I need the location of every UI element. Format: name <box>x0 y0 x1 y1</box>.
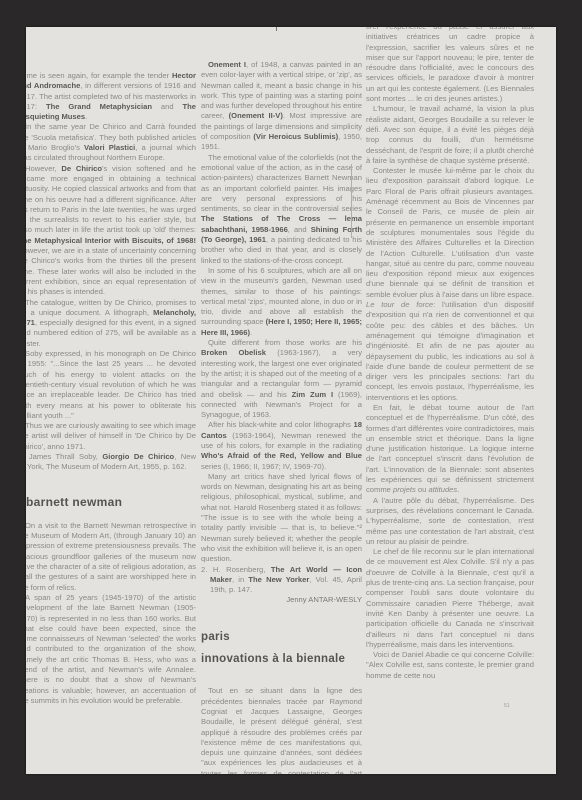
paragraph: Quite different from those works are his… <box>201 338 362 420</box>
column-left: heme is seen again, for example the tend… <box>26 71 196 706</box>
paragraph: heme is seen again, for example the tend… <box>26 71 196 122</box>
paragraph: Thus we are curiously awaiting to see wh… <box>26 421 196 452</box>
section-heading-paris: paris <box>201 632 362 642</box>
paragraph: However, De Chirico's vision softened an… <box>26 164 196 298</box>
paragraph: Onement I, of 1948, a canvas painted in … <box>201 60 362 153</box>
column-left-clip: heme is seen again, for example the tend… <box>26 71 196 771</box>
paragraph: In some of his 6 sculptures, which are a… <box>201 266 362 338</box>
paris-article-start: Tout en se situant dans la ligne des pré… <box>201 686 362 774</box>
newman-article-start: On a visit to the Barnett Newman retrosp… <box>26 521 196 706</box>
paris-heading-block: paris innovations à la biennale <box>201 632 362 665</box>
paragraph: Le chef de file reconnu sur le plan inte… <box>366 547 534 650</box>
footnote-2: 2. H. Rosenberg, The Art World — Icon Ma… <box>201 565 362 596</box>
margin-bracket-mark <box>346 164 352 238</box>
author-signature: Jenny ANTAR-WESLY <box>201 595 362 605</box>
paragraph: A l'autre pôle du débat, l'hyperréalisme… <box>366 496 534 547</box>
paragraph: After his black-white and color lithogra… <box>201 420 362 471</box>
column-right: tirer l'expérience du passé et assurer a… <box>366 27 534 681</box>
paragraph: L'humour, le travail acharné, la vision … <box>366 104 534 166</box>
paragraph: A span of 25 years (1945-1970) of the ar… <box>26 593 196 706</box>
paragraph: On a visit to the Barnett Newman retrosp… <box>26 521 196 593</box>
paragraph: Voici de Daniel Abadie ce qui concerne C… <box>366 650 534 681</box>
footnote-1: 1. James Thrall Soby, Giorgio De Chirico… <box>26 452 196 473</box>
magazine-page: heme is seen again, for example the tend… <box>26 27 556 774</box>
page-number: 51 <box>504 703 510 709</box>
paragraph: En fait, le débat tourne autour de l'art… <box>366 403 534 496</box>
paragraph: In the same year De Chirico and Carrà fo… <box>26 122 196 163</box>
newman-article-body: Onement I, of 1948, a canvas painted in … <box>201 60 362 565</box>
paragraph: The emotional value of the colorfields (… <box>201 153 362 266</box>
section-subheading-biennale: innovations à la biennale <box>201 654 362 664</box>
fold-mark <box>276 27 277 31</box>
paragraph: tirer l'expérience du passé et assurer a… <box>366 27 534 104</box>
paragraph: The catalogue, written by De Chirico, pr… <box>26 298 196 349</box>
paris-article-continuation: tirer l'expérience du passé et assurer a… <box>366 27 534 681</box>
section-heading-barnett-newman: barnett newman <box>26 497 196 507</box>
paragraph: Many art critics have shed lyrical flows… <box>201 472 362 565</box>
paragraph: Contester le musée lui-même par le choix… <box>366 166 534 403</box>
dechirico-article-continuation: heme is seen again, for example the tend… <box>26 71 196 452</box>
paragraph: Soby expressed, in his monograph on De C… <box>26 349 196 421</box>
column-middle: Onement I, of 1948, a canvas painted in … <box>201 60 362 774</box>
paragraph: Tout en se situant dans la ligne des pré… <box>201 686 362 774</box>
